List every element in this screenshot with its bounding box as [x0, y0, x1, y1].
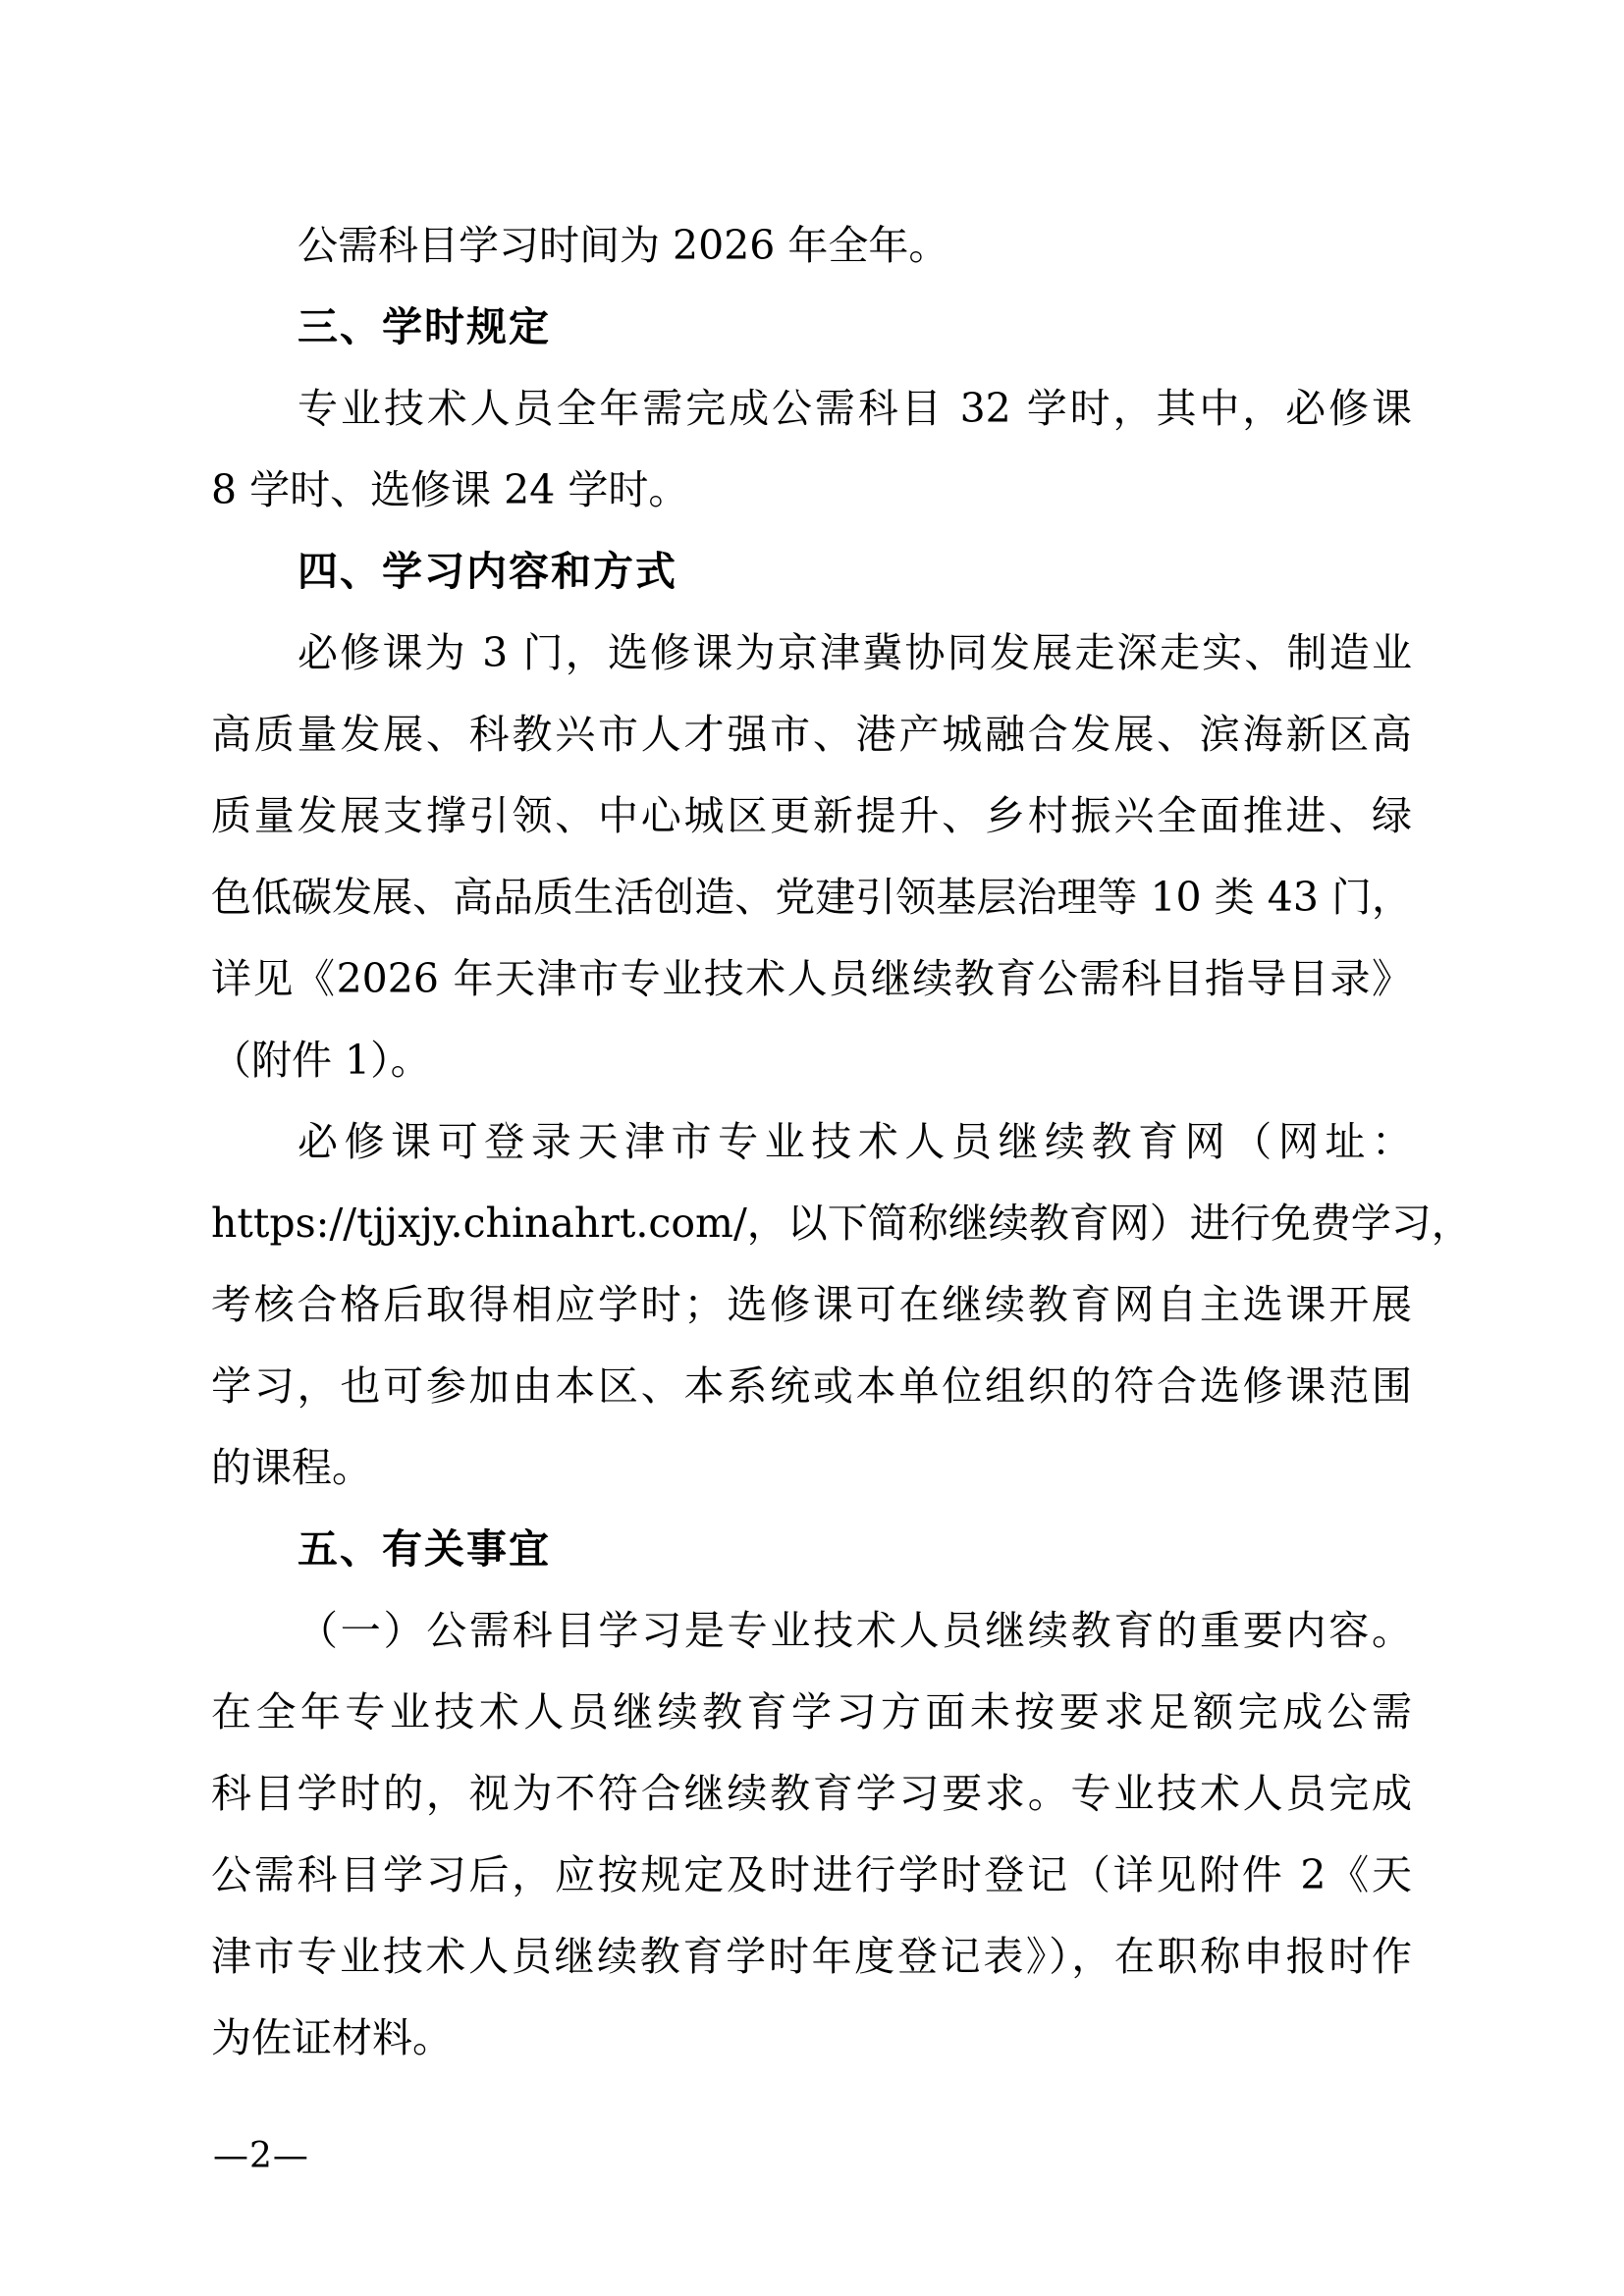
text-line-10: 详见《2026 年天津市专业技术人员继续教育公需科目指导目录》: [211, 938, 1412, 1020]
text-line-8: 质量发展支撑引领、中心城区更新提升、乡村振兴全面推进、绿: [211, 775, 1412, 857]
text-line-11: （附件 1）。: [211, 1020, 1412, 1101]
text-line-url: https://tjjxjy.chinahrt.com/，以下简称继续教育网）进…: [211, 1183, 1412, 1264]
text-line-23: 为佐证材料。: [211, 1998, 1412, 2079]
text-line-18: （一）公需科目学习是专业技术人员继续教育的重要内容。: [298, 1590, 1412, 1672]
text-line-12: 必修课可登录天津市专业技术人员继续教育网（网址：: [298, 1101, 1412, 1183]
section-heading-3: 三、学时规定: [298, 287, 1412, 368]
text-line-19: 在全年专业技术人员继续教育学习方面未按要求足额完成公需: [211, 1672, 1412, 1753]
section-heading-5: 五、有关事宜: [298, 1509, 1412, 1590]
text-line-14: 考核合格后取得相应学时；选修课可在继续教育网自主选课开展: [211, 1264, 1412, 1346]
text-line-21: 公需科目学习后，应按规定及时进行学时登记（详见附件 2《天: [211, 1835, 1412, 1916]
text-line-16: 的课程。: [211, 1427, 1412, 1509]
section-heading-4: 四、学习内容和方式: [298, 531, 1412, 613]
text-line-1: 公需科目学习时间为 2026 年全年。: [298, 205, 1412, 287]
document-page: 公需科目学习时间为 2026 年全年。 三、学时规定 专业技术人员全年需完成公需…: [0, 0, 1624, 2296]
text-line-22: 津市专业技术人员继续教育学时年度登记表》），在职称申报时作: [211, 1916, 1412, 1998]
text-line-3: 专业技术人员全年需完成公需科目 32 学时，其中，必修课: [298, 368, 1412, 450]
text-line-20: 科目学时的，视为不符合继续教育学习要求。专业技术人员完成: [211, 1753, 1412, 1835]
text-line-9: 色低碳发展、高品质生活创造、党建引领基层治理等 10 类 43 门，: [211, 857, 1412, 938]
text-line-15: 学习，也可参加由本区、本系统或本单位组织的符合选修课范围: [211, 1346, 1412, 1427]
text-line-4: 8 学时、选修课 24 学时。: [211, 450, 1412, 531]
page-number: —2—: [213, 2135, 309, 2178]
text-line-6: 必修课为 3 门，选修课为京津冀协同发展走深走实、制造业: [298, 613, 1412, 694]
text-line-7: 高质量发展、科教兴市人才强市、港产城融合发展、滨海新区高: [211, 694, 1412, 775]
